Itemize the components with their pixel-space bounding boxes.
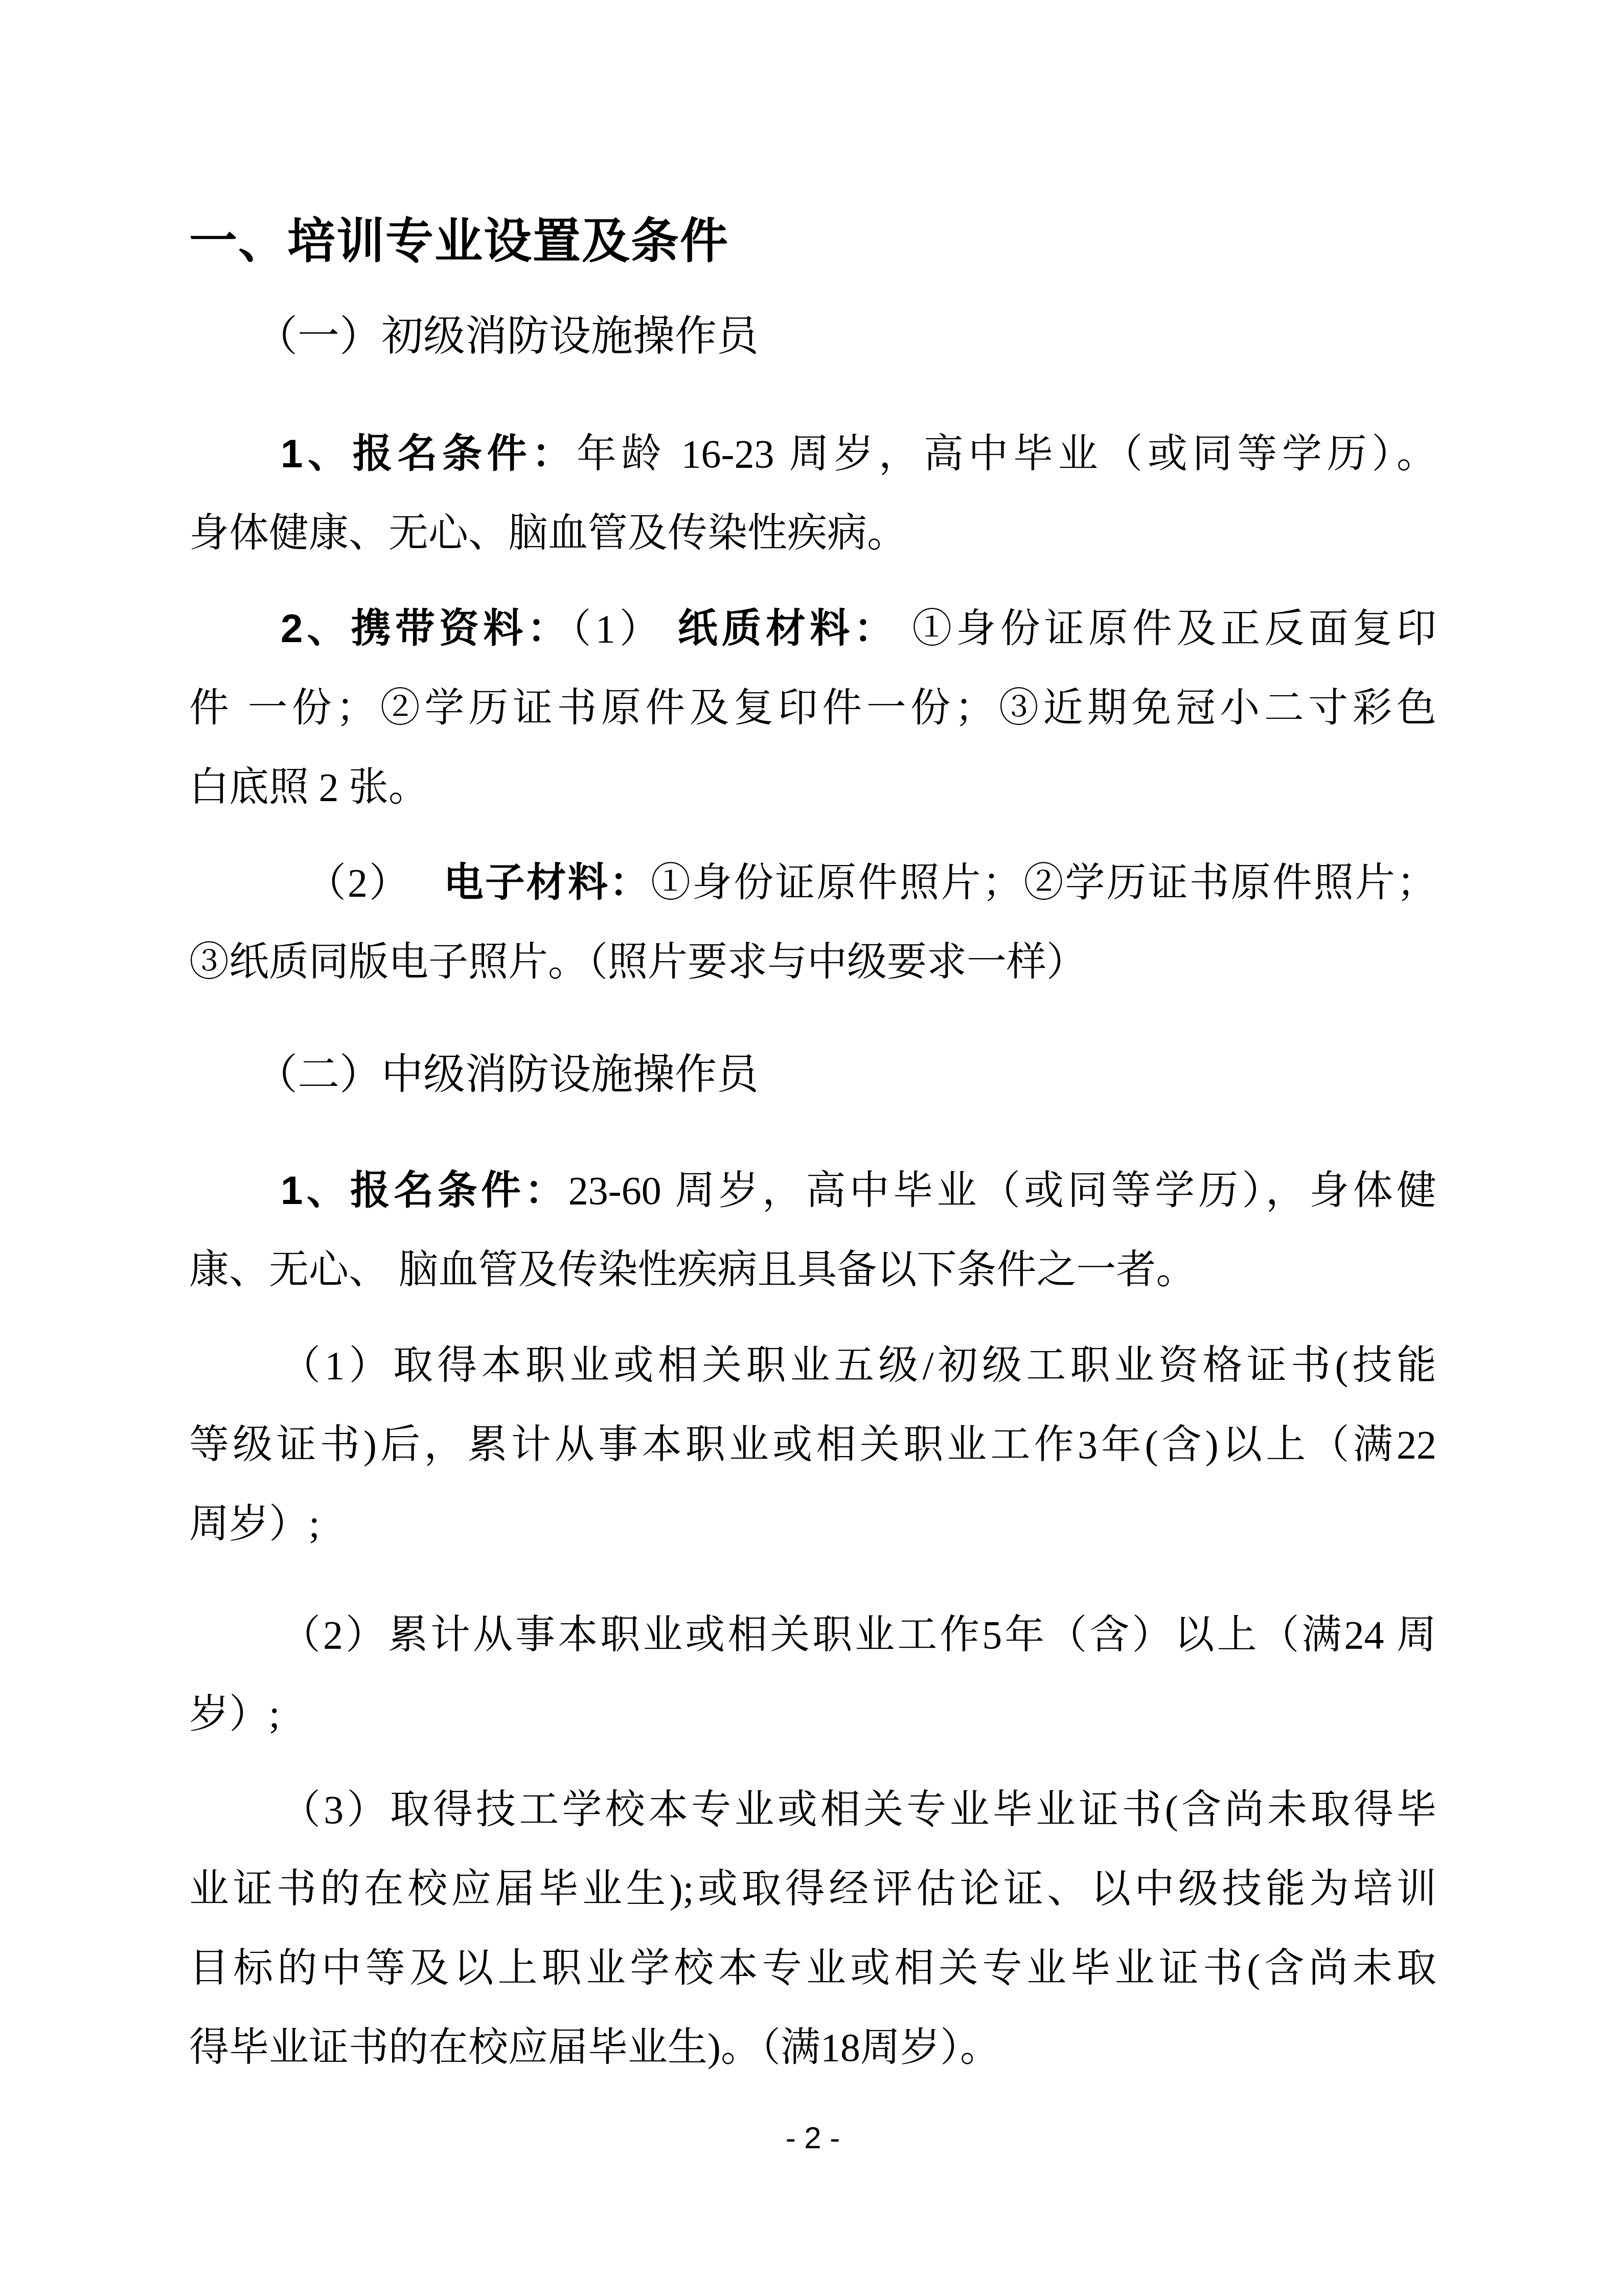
paragraph-3: （2） 电子材料：①身份证原件照片；②学历证书原件照片； ③纸质同版电子照片。（…: [189, 843, 1436, 1002]
paragraph-6: （2）累计从事本职业或相关职业工作5年（含）以上（满24 周 岁）;: [189, 1595, 1436, 1754]
paragraph-4: 1、报名条件：23-60 周岁，高中毕业（或同等学历），身体健 康、无心、 脑血…: [189, 1151, 1436, 1309]
body-text: ①身份证原件照片；②学历证书原件照片；: [651, 860, 1436, 905]
paragraph-3-line-2: ③纸质同版电子照片。（照片要求与中级要求一样）: [189, 922, 1436, 1002]
paper-materials-label: 纸质材料：: [678, 606, 898, 651]
body-text: 23-60 周岁，高中毕业（或同等学历），身体健: [568, 1168, 1436, 1213]
paragraph-7: （3）取得技工学校本专业或相关专业毕业证书(含尚未取得毕 业证书的在校应届毕业生…: [189, 1770, 1436, 2087]
paragraph-1: 1、报名条件：年龄 16-23 周岁，高中毕业（或同等学历）。 身体健康、无心、…: [189, 414, 1436, 573]
body-text: ①身份证原件及正反面复印: [898, 606, 1436, 651]
page-number: - 2 -: [189, 2118, 1436, 2158]
item-number: （2）: [306, 860, 444, 905]
paragraph-5: （1）取得本职业或相关职业五级/初级工职业资格证书(技能 等级证书)后，累计从事…: [189, 1326, 1436, 1563]
subsection-heading-1: （一）初级消防设施操作员: [189, 297, 1436, 376]
paragraph-7-line-4: 得毕业证书的在校应届毕业生)。（满18周岁）。: [189, 2008, 1436, 2087]
paragraph-4-line-1: 1、报名条件：23-60 周岁，高中毕业（或同等学历），身体健: [189, 1151, 1436, 1230]
document-content: 一、培训专业设置及条件 （一）初级消防设施操作员 1、报名条件：年龄 16-23…: [0, 0, 1623, 2158]
paragraph-6-line-2: 岁）;: [189, 1674, 1436, 1754]
paragraph-2-line-3: 白底照 2 张。: [189, 747, 1436, 827]
body-text: 年龄 16-23 周岁，高中毕业（或同等学历）。: [577, 431, 1436, 476]
enrollment-conditions-label: 1、报名条件：: [281, 431, 577, 476]
paragraph-4-line-2: 康、无心、 脑血管及传染性疾病且具备以下条件之一者。: [189, 1230, 1436, 1309]
document-page: 一、培训专业设置及条件 （一）初级消防设施操作员 1、报名条件：年龄 16-23…: [0, 0, 1623, 2296]
paragraph-5-line-2: 等级证书)后，累计从事本职业或相关职业工作3年(含)以上（满22: [189, 1405, 1436, 1484]
paragraph-1-line-2: 身体健康、无心、脑血管及传染性疾病。: [189, 493, 1436, 573]
paragraph-2-line-1: 2、携带资料：（1） 纸质材料： ①身份证原件及正反面复印: [189, 589, 1436, 668]
paragraph-2-line-2: 件 一份；②学历证书原件及复印件一份；③近期免冠小二寸彩色: [189, 668, 1436, 747]
enrollment-conditions-label: 1、报名条件：: [281, 1168, 568, 1213]
paragraph-7-line-3: 目标的中等及以上职业学校本专业或相关专业毕业证书(含尚未取: [189, 1928, 1436, 2008]
paragraph-6-line-1: （2）累计从事本职业或相关职业工作5年（含）以上（满24 周: [189, 1595, 1436, 1674]
materials-label: 2、携带资料：: [281, 606, 572, 651]
item-number: （1）: [572, 606, 678, 651]
paragraph-7-line-1: （3）取得技工学校本专业或相关专业毕业证书(含尚未取得毕: [189, 1770, 1436, 1849]
subsection-heading-2: （二）中级消防设施操作员: [189, 1035, 1436, 1114]
paragraph-3-line-1: （2） 电子材料：①身份证原件照片；②学历证书原件照片；: [189, 843, 1436, 922]
paragraph-7-line-2: 业证书的在校应届毕业生);或取得经评估论证、以中级技能为培训: [189, 1849, 1436, 1928]
paragraph-2: 2、携带资料：（1） 纸质材料： ①身份证原件及正反面复印 件 一份；②学历证书…: [189, 589, 1436, 827]
paragraph-1-line-1: 1、报名条件：年龄 16-23 周岁，高中毕业（或同等学历）。: [189, 414, 1436, 493]
electronic-materials-label: 电子材料：: [444, 860, 651, 905]
section-heading: 一、培训专业设置及条件: [189, 201, 1436, 281]
paragraph-5-line-1: （1）取得本职业或相关职业五级/初级工职业资格证书(技能: [189, 1326, 1436, 1405]
paragraph-5-line-3: 周岁）;: [189, 1484, 1436, 1563]
